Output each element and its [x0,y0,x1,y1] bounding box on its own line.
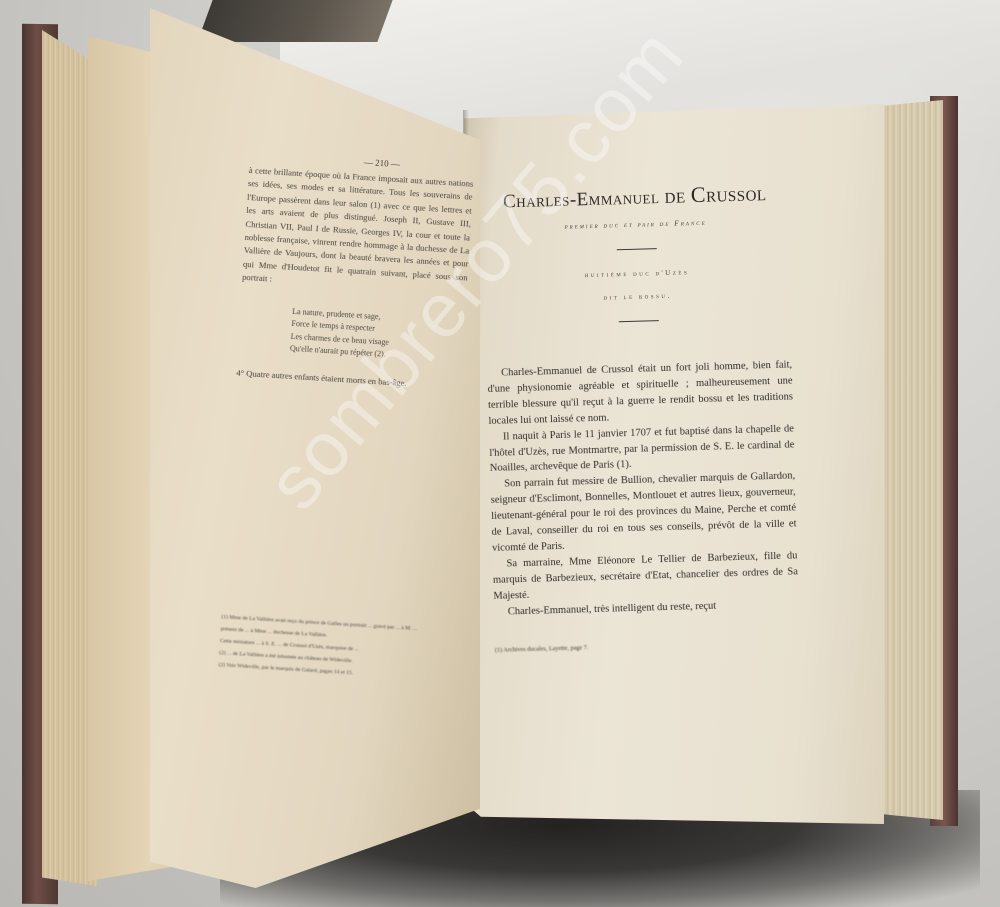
chapter-subtitle: premier duc et pair de France [483,215,788,233]
subheading-duke: huitième duc d'Uzès [484,265,789,282]
dark-object-top [197,0,392,42]
divider-rule [616,248,656,250]
paragraph: Sa marraine, Mme Eléonore Le Tellier de … [492,548,798,604]
verse-quatrain: La nature, prudente et sage, Force le te… [290,306,466,367]
body-text: à cette brillante époque où la France im… [242,164,474,298]
title-particle: de [664,182,686,208]
paragraph: Charles-Emmanuel de Crussol était un for… [487,357,794,429]
paragraph: Son parrain fut messire de Bullion, chev… [490,469,797,557]
footnotes: (1) Mme de La Vallière avait reçu du pri… [218,611,446,685]
divider-rule [618,320,658,322]
right-page-content: Charles-Emmanuel de Crussol premier duc … [482,179,800,653]
title-surname: Crussol [690,180,766,207]
subheading-nickname: dit le bossu. [485,288,790,305]
left-page-content: — 210 — à cette brillante époque où la F… [213,150,474,763]
paragraph: Il naquit à Paris le 11 janvier 1707 et … [489,421,795,477]
title-first-name: Charles-Emmanuel [503,187,660,212]
photo-scene: Charles-Emmanuel de Crussol premier duc … [0,0,1000,907]
body-text: Charles-Emmanuel de Crussol était un for… [487,357,799,620]
list-item: 4° Quatre autres enfants étaient morts e… [236,367,461,394]
